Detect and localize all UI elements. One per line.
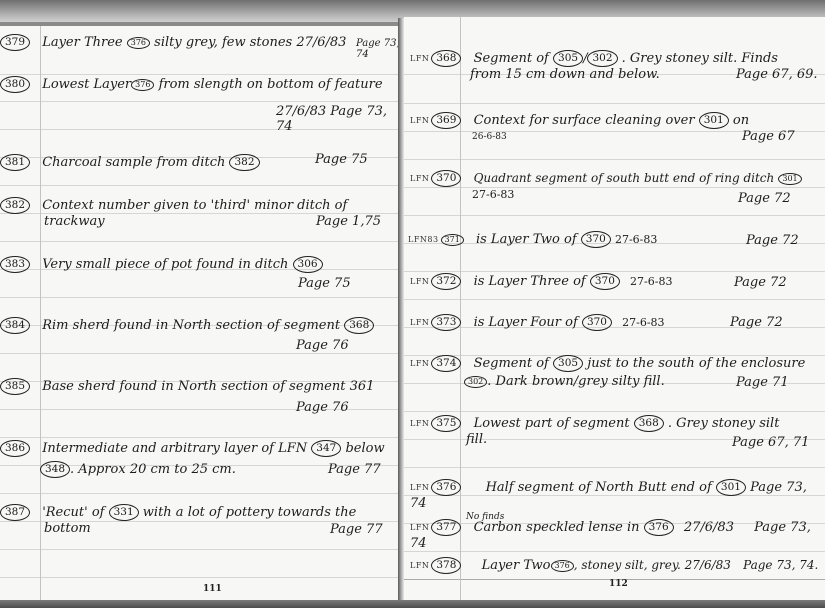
register-entry: 385 Base sherd found in North section of… xyxy=(0,378,374,395)
context-number: 383 xyxy=(0,256,30,273)
register-entry: 383 Very small piece of pot found in dit… xyxy=(0,256,323,273)
page-reference: Page 71 xyxy=(736,375,789,390)
context-number: 387 xyxy=(0,504,30,521)
context-number: 369 xyxy=(431,112,461,129)
page-reference: Page 75 xyxy=(315,152,368,167)
register-entry: LFN83371 is Layer Two of 370 27-6-83 xyxy=(408,231,657,248)
register-entry: LFN375 Lowest part of segment 368 . Grey… xyxy=(410,415,779,448)
context-reference: 306 xyxy=(293,256,323,273)
register-entry: LFN377 Carbon speckled lense in 376 27/6… xyxy=(410,519,825,552)
register-entry: 379 Layer Three 376 silty grey, few ston… xyxy=(0,34,346,51)
register-entry: 382 Context number given to 'third' mino… xyxy=(0,197,347,230)
page-reference: Page 77 xyxy=(330,522,383,537)
context-reference: 382 xyxy=(229,154,259,171)
page-reference: Page 72 xyxy=(730,315,783,330)
context-reference: 376 xyxy=(644,519,674,536)
context-reference: 376 xyxy=(127,37,150,49)
context-number: 374 xyxy=(431,355,461,372)
context-number: 370 xyxy=(431,170,461,187)
context-number: 378 xyxy=(431,557,461,574)
context-number: 377 xyxy=(431,519,461,536)
context-reference: 370 xyxy=(582,314,612,331)
page-reference: Page 67, 71 xyxy=(732,435,809,450)
context-reference: 368 xyxy=(634,415,664,432)
context-reference: 301 xyxy=(699,112,729,129)
page-reference: Page 72 xyxy=(734,275,787,290)
page-reference: Page 76 xyxy=(296,400,349,415)
context-reference: 305 xyxy=(553,355,583,372)
page-reference: 27/6/83 Page 73, 74 xyxy=(276,104,402,134)
context-number: 368 xyxy=(431,50,461,67)
register-entry: 386 Intermediate and arbitrary layer of … xyxy=(0,440,385,478)
page-reference: Page 72 xyxy=(738,191,791,206)
register-entry: LFN369 Context for surface cleaning over… xyxy=(410,112,749,145)
context-reference: 370 xyxy=(581,231,611,248)
register-entry: LFN372 is Layer Three of 370 27-6-83 xyxy=(410,273,672,290)
context-reference: 301 xyxy=(778,173,801,185)
notebook-page-left: 379 Layer Three 376 silty grey, few ston… xyxy=(0,26,402,600)
register-entry: 384 Rim sherd found in North section of … xyxy=(0,317,374,334)
context-reference: 301 xyxy=(716,479,746,496)
page-reference: Page 77 xyxy=(328,462,381,477)
register-entry: 380 Lowest Layer376 from slength on bott… xyxy=(0,76,383,93)
notebook-page-right: LFN368 Segment of 305/302 . Grey stoney … xyxy=(404,17,825,602)
context-reference: 368 xyxy=(344,317,374,334)
context-number: 372 xyxy=(431,273,461,290)
page-reference: Page 76 xyxy=(296,338,349,353)
register-entry: LFN368 Segment of 305/302 . Grey stoney … xyxy=(410,50,778,83)
page-reference: Page 75 xyxy=(298,276,351,291)
context-number: 376 xyxy=(431,479,461,496)
context-reference: 302 xyxy=(464,376,487,388)
page-reference: Page 72 xyxy=(746,233,799,248)
page-number: 111 xyxy=(203,584,222,594)
context-reference: 370 xyxy=(590,273,620,290)
page-number: 112 xyxy=(609,579,628,589)
context-number: 373 xyxy=(431,314,461,331)
context-number: 382 xyxy=(0,197,30,214)
register-entry: 381 Charcoal sample from ditch 382 xyxy=(0,154,260,171)
context-number: 385 xyxy=(0,378,30,395)
page-reference: Page 67, 69. xyxy=(736,67,818,82)
context-number: 371 xyxy=(441,234,464,246)
page-reference: Page 1,75 xyxy=(316,214,381,229)
context-reference: 376 xyxy=(551,560,574,572)
page-reference: Page 67 xyxy=(742,129,795,144)
context-reference: 348 xyxy=(40,461,70,478)
context-number: 379 xyxy=(0,34,30,51)
page-reference: Page 73, 74 xyxy=(356,38,402,60)
context-reference: 376 xyxy=(131,79,154,91)
context-number: 381 xyxy=(0,154,30,171)
context-number: 384 xyxy=(0,317,30,334)
context-number: 375 xyxy=(431,415,461,432)
register-entry: LFN373 is Layer Four of 370 27-6-83 xyxy=(410,314,665,331)
register-entry: LFN378 Layer Two376, stoney silt, grey. … xyxy=(410,557,818,574)
scan-bottom-edge xyxy=(0,600,825,608)
context-reference: 302 xyxy=(587,50,617,67)
context-reference: 347 xyxy=(311,440,341,457)
register-entry: 387 'Recut' of 331 with a lot of pottery… xyxy=(0,504,356,537)
context-number: 380 xyxy=(0,76,30,93)
context-number: 386 xyxy=(0,440,30,457)
context-reference: 331 xyxy=(109,504,139,521)
context-reference: 305 xyxy=(553,50,583,67)
